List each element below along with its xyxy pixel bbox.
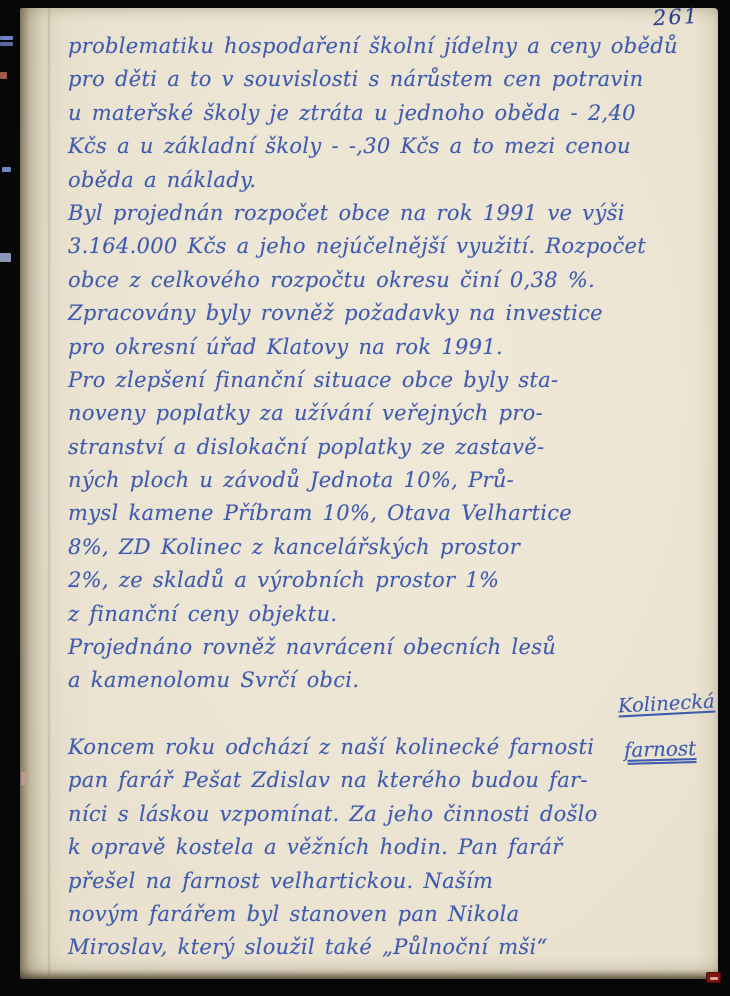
handwritten-line: pro okresní úřad Klatovy na rok 1991. xyxy=(68,331,678,364)
page-edge-mark xyxy=(0,36,13,40)
handwritten-line: Miroslav, který sloužil také „Půlnoční m… xyxy=(68,931,598,964)
handwritten-line: z finanční ceny objektu. xyxy=(68,598,678,631)
handwritten-line: 8%, ZD Kolinec z kancelářských prostor xyxy=(68,531,678,564)
handwritten-line: Byl projednán rozpočet obce na rok 1991 … xyxy=(68,197,678,230)
scanned-photo: 261 problematiku hospodaření školní jíde… xyxy=(0,0,730,996)
handwritten-line: problematiku hospodaření školní jídelny … xyxy=(68,30,678,63)
handwritten-line: k opravě kostela a věžních hodin. Pan fa… xyxy=(68,831,598,864)
page-edge-mark xyxy=(0,253,11,262)
binding-crease xyxy=(47,8,51,979)
handwritten-line: stranství a dislokační poplatky ze zasta… xyxy=(68,431,678,464)
red-badge-icon xyxy=(706,972,721,983)
handwritten-line: Kčs a u základní školy - -,30 Kčs a to m… xyxy=(68,130,678,163)
handwritten-line: novým farářem byl stanoven pan Nikola xyxy=(68,898,598,931)
handwritten-line: přešel na farnost velhartickou. Naším xyxy=(68,865,598,898)
handwritten-line: Koncem roku odchází z naší kolinecké far… xyxy=(68,731,598,764)
handwritten-line: Pro zlepšení finanční situace obce byly … xyxy=(68,364,678,397)
page-edge-mark xyxy=(2,167,11,172)
page-edge-mark xyxy=(21,772,26,785)
handwritten-line: pro děti a to v souvislosti s nárůstem c… xyxy=(68,63,678,96)
margin-note-farnost: farnost xyxy=(624,736,697,762)
handwritten-line: Zpracovány byly rovněž požadavky na inve… xyxy=(68,297,678,330)
handwritten-line: 2%, ze skladů a výrobních prostor 1% xyxy=(68,564,678,597)
page-edge-mark xyxy=(0,72,7,79)
chronicle-page: 261 problematiku hospodaření školní jíde… xyxy=(20,8,718,979)
page-number: 261 xyxy=(652,4,699,30)
handwriting-block-top: problematiku hospodaření školní jídelny … xyxy=(68,30,678,698)
handwritten-line: Projednáno rovněž navrácení obecních les… xyxy=(68,631,678,664)
red-badge-bar xyxy=(710,977,718,980)
handwritten-line: u mateřské školy je ztráta u jednoho obě… xyxy=(68,97,678,130)
handwritten-line: oběda a náklady. xyxy=(68,164,678,197)
margin-note-kolinecka: Kolinecká xyxy=(617,689,715,717)
handwritten-line: mysl kamene Příbram 10%, Otava Velhartic… xyxy=(68,497,678,530)
handwritten-line: noveny poplatky za užívání veřejných pro… xyxy=(68,397,678,430)
handwriting-block-bottom: Koncem roku odchází z naší kolinecké far… xyxy=(68,731,598,965)
handwritten-line: obce z celkového rozpočtu okresu činí 0,… xyxy=(68,264,678,297)
handwritten-line: níci s láskou vzpomínat. Za jeho činnost… xyxy=(68,798,598,831)
handwritten-line: a kamenolomu Svrčí obci. xyxy=(68,664,678,697)
handwritten-line: ných ploch u závodů Jednota 10%, Prů- xyxy=(68,464,678,497)
handwritten-line: pan farář Pešat Zdislav na kterého budou… xyxy=(68,764,598,797)
handwritten-line: 3.164.000 Kčs a jeho nejúčelnější využit… xyxy=(68,230,678,263)
